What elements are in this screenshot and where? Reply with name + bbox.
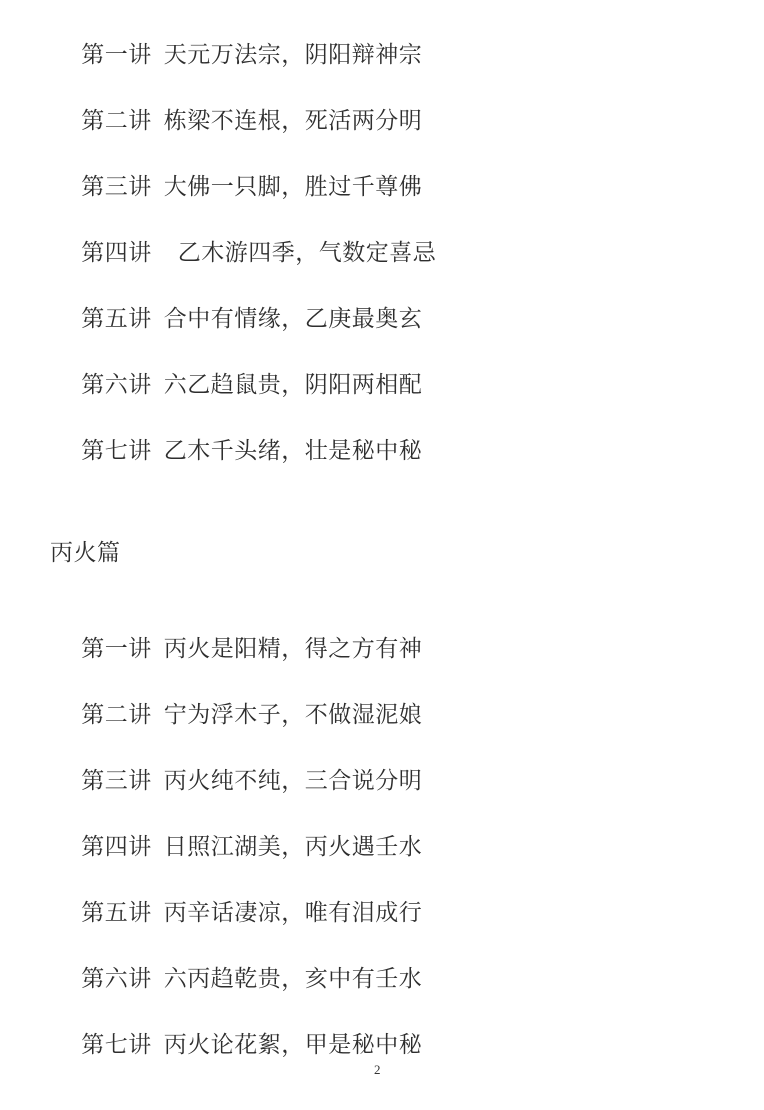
- lecture-title: 乙木游四季，气数定喜忌: [178, 240, 437, 266]
- lecture-number: 第一讲: [81, 40, 152, 70]
- lecture-line: 第七讲乙木千头绪，壮是秘中秘: [50, 406, 422, 496]
- lecture-title: 六乙趋鼠贵，阴阳两相配: [164, 372, 423, 398]
- lecture-title: 六丙趋乾贵，亥中有壬水: [164, 966, 423, 992]
- lecture-number: 第三讲: [81, 172, 152, 202]
- lecture-title: 天元万法宗，阴阳辩神宗: [164, 42, 423, 68]
- lecture-title: 大佛一只脚，胜过千尊佛: [164, 174, 423, 200]
- lecture-number: 第六讲: [81, 964, 152, 994]
- lecture-number: 第一讲: [81, 634, 152, 664]
- lecture-number: 第五讲: [81, 898, 152, 928]
- lecture-title: 丙辛话凄凉，唯有泪成行: [164, 900, 423, 926]
- lecture-number: 第七讲: [81, 1030, 152, 1060]
- lecture-title: 日照江湖美，丙火遇壬水: [164, 834, 423, 860]
- section-heading: 丙火篇: [50, 538, 121, 568]
- lecture-title: 丙火论花絮，甲是秘中秘: [164, 1032, 423, 1058]
- lecture-title: 丙火纯不纯，三合说分明: [164, 768, 423, 794]
- lecture-number: 第四讲: [81, 238, 152, 268]
- lecture-number: 第五讲: [81, 304, 152, 334]
- lecture-number: 第二讲: [81, 106, 152, 136]
- lecture-title: 乙木千头绪，壮是秘中秘: [164, 438, 423, 464]
- lecture-number: 第四讲: [81, 832, 152, 862]
- lecture-number: 第三讲: [81, 766, 152, 796]
- lecture-title: 栋梁不连根，死活两分明: [164, 108, 423, 134]
- lecture-title: 丙火是阳精，得之方有神: [164, 636, 423, 662]
- lecture-line: 第七讲丙火论花絮，甲是秘中秘: [50, 1000, 422, 1090]
- lecture-number: 第二讲: [81, 700, 152, 730]
- lecture-title: 合中有情缘，乙庚最奥玄: [164, 306, 423, 332]
- lecture-number: 第六讲: [81, 370, 152, 400]
- lecture-title: 宁为浮木子，不做湿泥娘: [164, 702, 423, 728]
- page-number: 2: [374, 1062, 381, 1078]
- lecture-number: 第七讲: [81, 436, 152, 466]
